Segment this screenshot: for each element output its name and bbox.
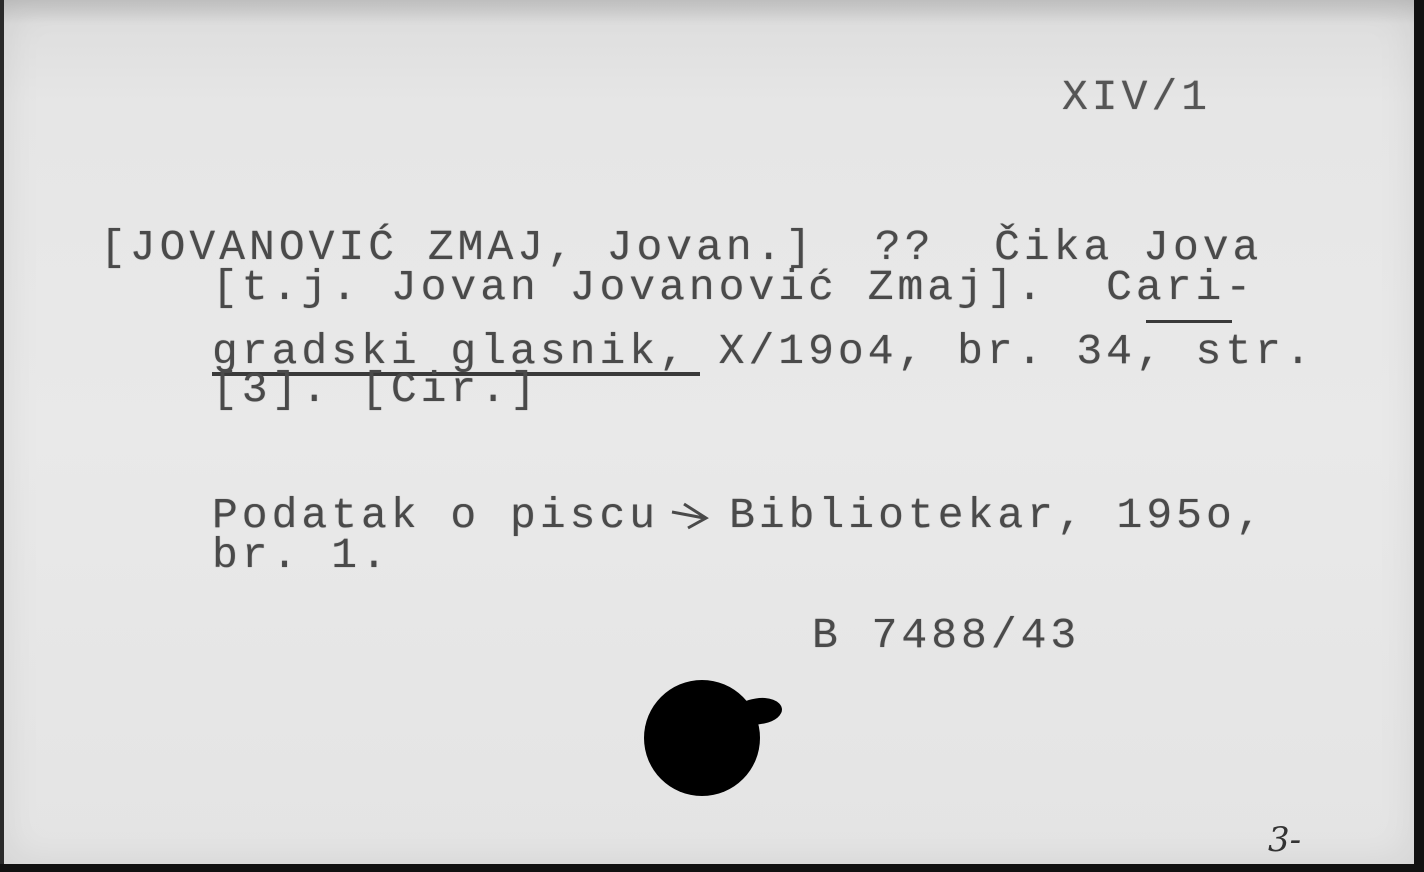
scan-bottom-edge [0, 864, 1424, 872]
heading-line-4: [3]. [Cir.] [212, 368, 540, 411]
accession-number: B 7488/43 [812, 614, 1080, 657]
punch-hole [644, 680, 760, 796]
heading-line-2: [t.j. Jovan Jovanović Zmaj]. Cari- [212, 266, 1255, 309]
title-underline-start [1146, 320, 1232, 323]
note-line-2: br. 1. [212, 534, 391, 577]
arrow-right-icon [670, 500, 710, 530]
call-number: XIV/1 [1062, 76, 1211, 119]
handwritten-page-mark: 3- [1268, 820, 1301, 860]
note-source-reference: Bibliotekar, 195o, [729, 491, 1265, 540]
scan-right-edge [1414, 0, 1424, 872]
